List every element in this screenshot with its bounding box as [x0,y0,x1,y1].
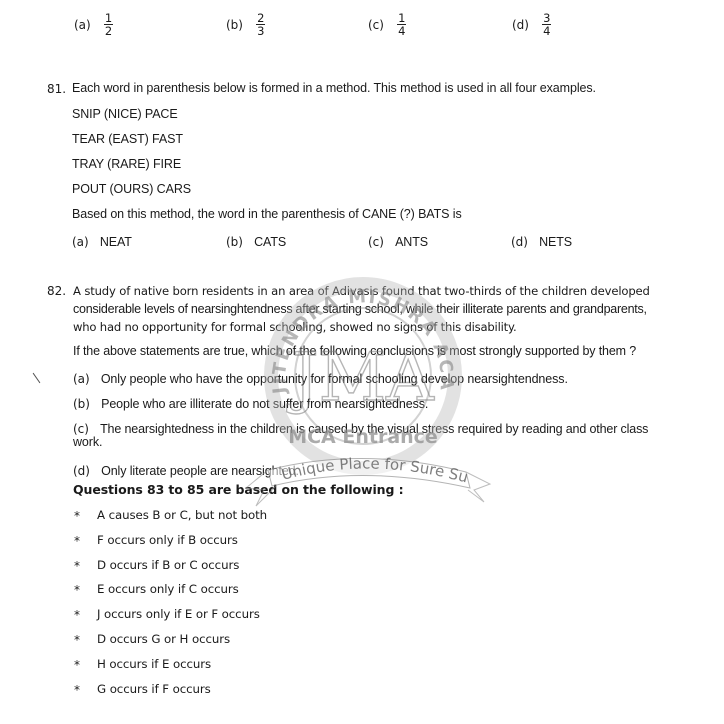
denominator: 4 [542,25,551,37]
option-text: Only literate people are nearsighted. [101,464,299,478]
exam-page: (a) 12 (b) 23 (c) 14 (d) 34 81. Each wor… [0,0,724,724]
denominator: 3 [256,25,265,37]
question-number: 82. [47,284,66,298]
option-d: (d) Only literate people are nearsighted… [73,460,299,479]
option-b: (b) CATS [226,231,286,250]
fraction: 34 [542,12,551,37]
statement-item: F occurs only if B occurs [97,533,238,547]
option-label: (d) [73,464,90,478]
question-text-line-2: considerable levels of nearsinghtendness… [73,302,647,316]
option-a: (a) 12 [74,12,113,37]
option-d: (d) 34 [512,12,551,37]
section-heading: Questions 83 to 85 are based on the foll… [73,482,403,497]
option-text: NEAT [100,235,132,249]
question-text-line-1: A study of native born residents in an a… [73,284,650,298]
option-label: (a) [74,18,91,32]
denominator: 2 [104,25,113,37]
option-text: ANTS [395,235,428,249]
statement-item: D occurs if B or C occurs [97,558,239,572]
option-c-continuation: work. [73,435,102,449]
option-d: (d) NETS [511,231,572,250]
option-b: (b) 23 [226,12,265,37]
bullet-icon: * [74,534,80,548]
example-2: TEAR (EAST) FAST [72,132,183,146]
denominator: 4 [397,25,406,37]
option-b: (b) People who are illiterate do not suf… [73,393,428,412]
option-text: Only people who have the opportunity for… [101,372,568,386]
fraction: 14 [397,12,406,37]
option-label: (d) [512,18,529,32]
option-label: (b) [226,235,243,249]
example-3: TRAY (RARE) FIRE [72,157,181,171]
option-text: NETS [539,235,572,249]
fraction: 12 [104,12,113,37]
option-a: (a) Only people who have the opportunity… [73,368,568,387]
question-prompt: If the above statements are true, which … [73,344,636,358]
bullet-icon: * [74,683,80,697]
question-text-line-3: who had no opportunity for formal school… [73,320,516,334]
question-number: 81. [47,82,66,96]
option-label: (a) [73,372,90,386]
option-label: (a) [72,235,89,249]
statement-item: D occurs G or H occurs [97,632,230,646]
scan-mark [33,373,41,383]
option-label: (b) [73,397,90,411]
bullet-icon: * [74,583,80,597]
option-label: (c) [368,235,384,249]
statement-item: H occurs if E occurs [97,657,211,671]
bullet-icon: * [74,608,80,622]
bullet-icon: * [74,658,80,672]
option-text: CATS [254,235,286,249]
option-c: (c) 14 [368,12,406,37]
statement-item: A causes B or C, but not both [97,508,267,522]
statement-item: E occurs only if C occurs [97,582,239,596]
example-4: POUT (OURS) CARS [72,182,191,196]
example-1: SNIP (NICE) PACE [72,107,178,121]
option-label: (b) [226,18,243,32]
option-label: (d) [511,235,528,249]
option-text: The nearsightedness in the children is c… [100,422,648,436]
bullet-icon: * [74,559,80,573]
bullet-icon: * [74,509,80,523]
option-label: (c) [73,422,89,436]
question-text: Each word in parenthesis below is formed… [72,81,596,95]
option-text: People who are illiterate do not suffer … [101,397,428,411]
question-prompt: Based on this method, the word in the pa… [72,207,462,221]
fraction: 23 [256,12,265,37]
option-c: (c) ANTS [368,231,428,250]
option-label: (c) [368,18,384,32]
option-a: (a) NEAT [72,231,132,250]
option-c: (c) The nearsightedness in the children … [73,418,648,437]
bullet-icon: * [74,633,80,647]
statement-item: J occurs only if E or F occurs [97,607,260,621]
statement-item: G occurs if F occurs [97,682,211,696]
